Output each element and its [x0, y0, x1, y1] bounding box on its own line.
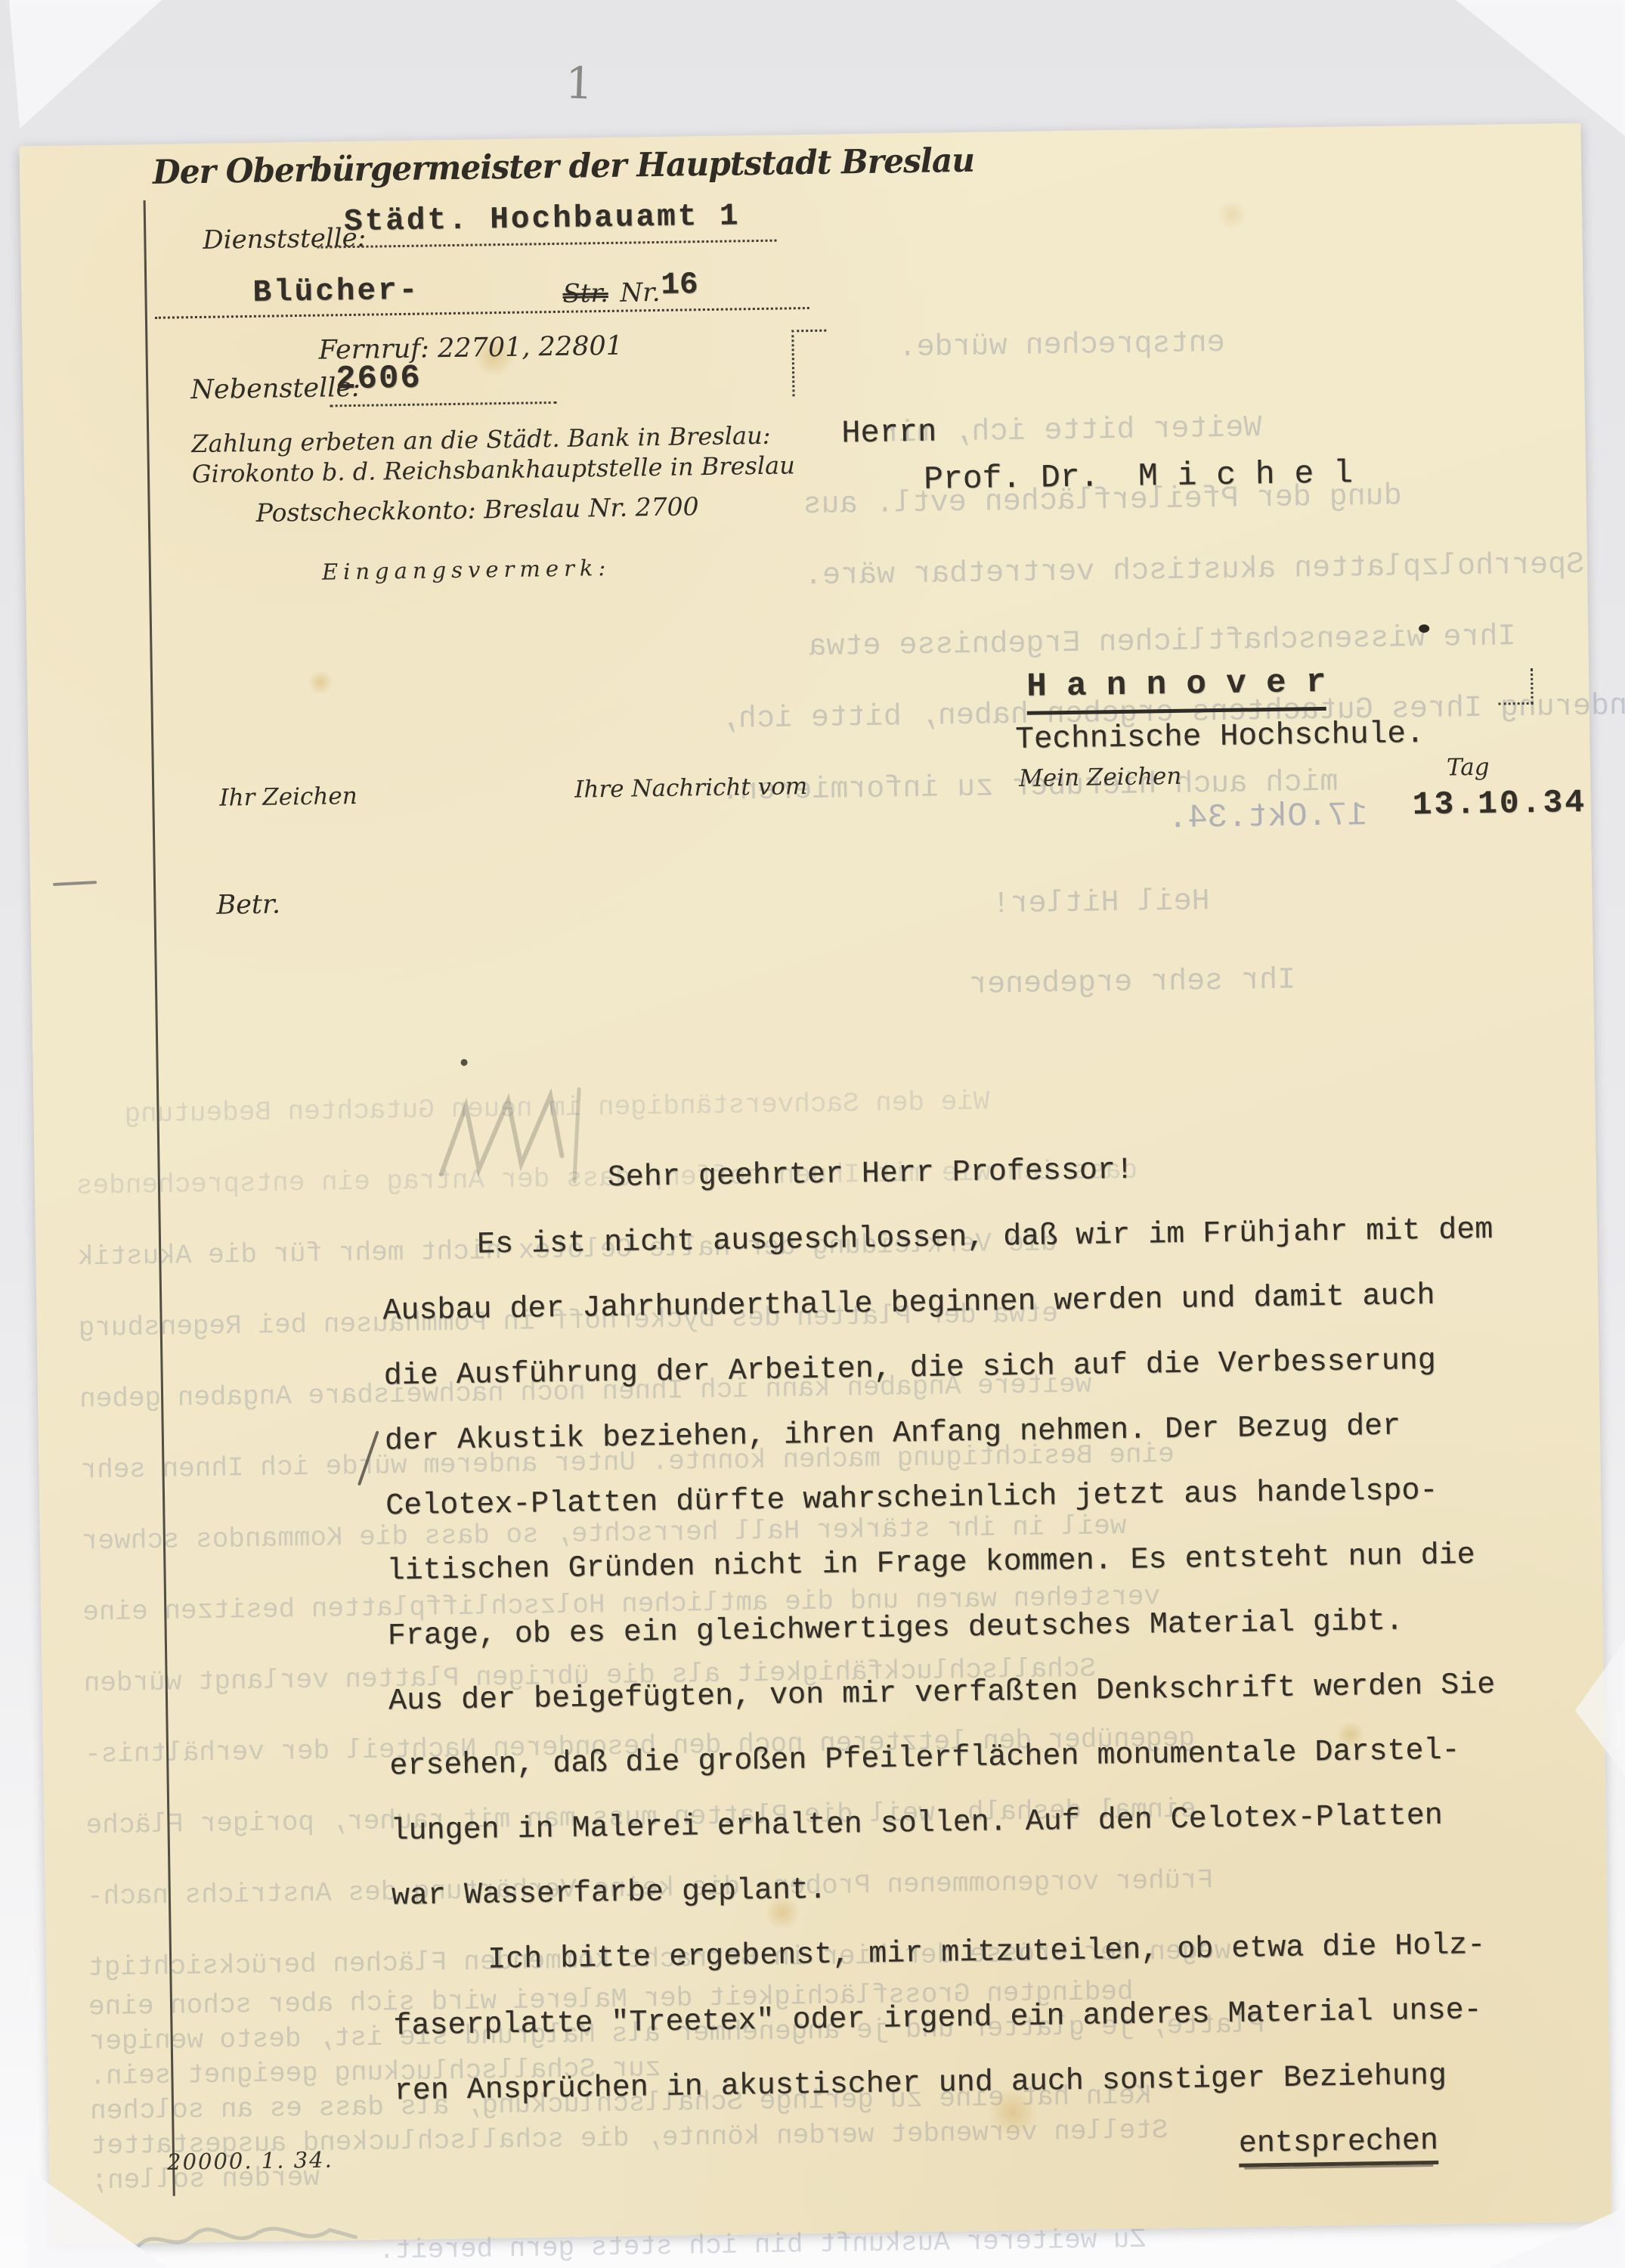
dotted-corner-mark: [791, 330, 827, 397]
mein-zeichen-label: Mein Zeichen: [1019, 763, 1182, 792]
recipient-institution: Technische Hochschule.: [1015, 717, 1425, 758]
ghost-text-line: Weiter bitte ich, mir: [881, 411, 1262, 451]
street-label-struck: Str.: [562, 278, 608, 309]
street-value: Blücher-: [252, 274, 420, 311]
number-value: 16: [661, 268, 698, 303]
dienststelle-value: Städt. Hochbauamt 1: [344, 199, 741, 240]
pencil-squiggle: [435, 1080, 596, 1195]
photo-corner-mount: [1456, 0, 1625, 136]
ghost-text-line: Ihre wissenschaftlichen Ergebnisse etwa: [808, 620, 1516, 665]
betreff-label: Betr.: [216, 889, 280, 920]
ghost-text-line: 17.Okt.34.: [1168, 797, 1368, 838]
letter-document: entsprechen würde.Weiter bitte ich, mird…: [20, 123, 1612, 2245]
ihr-zeichen-label: Ihr Zeichen: [219, 782, 357, 812]
eingangsvermerk-label: Eingangsvermerk:: [322, 555, 611, 585]
ihre-nachricht-label: Ihre Nachricht vom: [574, 773, 808, 804]
ghost-text-line: Zu weiterer Auskunft bin ich stets gern …: [379, 2224, 1147, 2266]
ghost-text-line: Heil Hitler!: [992, 885, 1210, 922]
photo-corner-mount: [9, 0, 162, 129]
recipient-city: H a n n o v e r: [1026, 664, 1326, 715]
page-number-pencil-mark: 1: [565, 57, 594, 109]
recipient-name: Prof. Dr. M i c h e l: [924, 454, 1353, 497]
ghost-text-line: entsprechen würde.: [898, 327, 1225, 365]
number-label: Nr.: [620, 277, 661, 308]
letter-date: 13.10.34: [1412, 784, 1586, 823]
ghost-text-line: Sperrholzplatten akustisch vertretbar wä…: [804, 548, 1585, 593]
dienststelle-label: Dienststelle:: [203, 223, 366, 256]
print-run-code: 20000. 1. 34.: [167, 2147, 333, 2175]
album-page-background: 1 entsprechen würde.Weiter bitte ich, mi…: [0, 0, 1625, 2268]
dotted-corner-mark: [1498, 668, 1534, 705]
nebenstelle-value: 2606: [336, 360, 422, 399]
tag-label: Tag: [1447, 754, 1490, 782]
recipient-salutation: Herrn: [841, 414, 937, 452]
ghost-signature-squiggle: [133, 2214, 361, 2260]
